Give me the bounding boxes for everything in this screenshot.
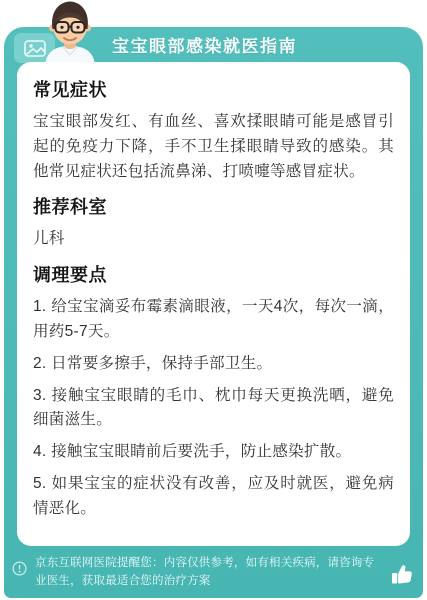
disclaimer-text: 京东互联网医院提醒您：内容仅供参考，如有相关疾病，请咨询专业医生，获取最适合您的…: [35, 555, 385, 591]
doctor-avatar-icon: [33, 0, 107, 66]
symptoms-heading: 常见症状: [33, 76, 394, 102]
symptoms-body: 宝宝眼部发红、有血丝、喜欢揉眼睛可能是感冒引起的免疫力下降，手不卫生揉眼睛导致的…: [33, 110, 394, 184]
care-item-5: 5. 如果宝宝的症状没有改善，应及时就医，避免病情恶化。: [33, 472, 394, 522]
care-item-1: 1. 给宝宝滴妥布霉素滴眼液，一天4次，每次一滴，用药5-7天。: [33, 295, 394, 345]
department-heading: 推荐科室: [33, 193, 394, 219]
care-item-4: 4. 接触宝宝眼睛前后要洗手，防止感染扩散。: [33, 440, 394, 465]
page-title: 宝宝眼部感染就医指南: [112, 32, 297, 57]
content-card: 常见症状 宝宝眼部发红、有血丝、喜欢揉眼睛可能是感冒引起的免疫力下降，手不卫生揉…: [17, 62, 410, 546]
care-item-3: 3. 接触宝宝眼睛的毛巾、枕巾每天更换洗晒，避免细菌滋生。: [33, 384, 394, 434]
thumbs-up-icon[interactable]: [389, 562, 415, 588]
info-circle-icon: [12, 561, 27, 581]
care-item-2: 2. 日常要多擦手，保持手部卫生。: [33, 352, 394, 377]
page: { "header": { "title": "宝宝眼部感染就医指南" }, "…: [0, 0, 427, 600]
care-heading: 调理要点: [33, 261, 394, 287]
teal-frame: 宝宝眼部感染就医指南 常见症状 宝宝眼部发红、有血丝、喜欢揉眼睛可能是感冒引起的…: [4, 27, 423, 598]
department-body: 儿科: [33, 227, 394, 252]
footer-disclaimer-bar: 京东互联网医院提醒您：内容仅供参考，如有相关疾病，请咨询专业医生，获取最适合您的…: [4, 546, 423, 598]
